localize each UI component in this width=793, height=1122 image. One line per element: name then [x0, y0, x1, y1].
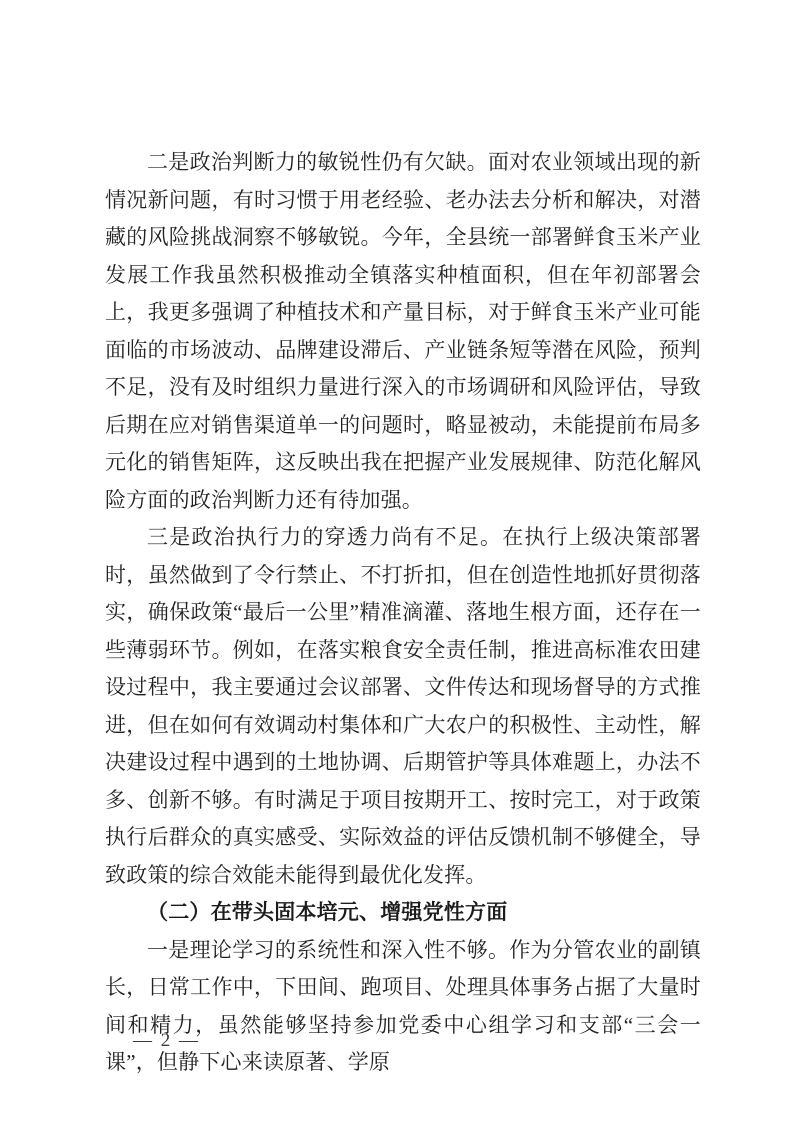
document-body: 二是政治判断力的敏锐性仍有欠缺。面对农业领域出现的新情况新问题，有时习惯于用老经…	[105, 144, 701, 1082]
page-number: — 2 —	[133, 1030, 200, 1052]
paragraph-theory-study: 一是理论学习的系统性和深入性不够。作为分管农业的副镇长，日常工作中，下田间、跑项…	[105, 932, 701, 1082]
section-heading-party-spirit: （二）在带头固本培元、增强党性方面	[105, 894, 701, 932]
paragraph-political-execution: 三是政治执行力的穿透力尚有不足。在执行上级决策部署时，虽然做到了令行禁止、不打折…	[105, 519, 701, 894]
document-page: 二是政治判断力的敏锐性仍有欠缺。面对农业领域出现的新情况新问题，有时习惯于用老经…	[0, 0, 793, 1122]
paragraph-political-judgment: 二是政治判断力的敏锐性仍有欠缺。面对农业领域出现的新情况新问题，有时习惯于用老经…	[105, 144, 701, 519]
